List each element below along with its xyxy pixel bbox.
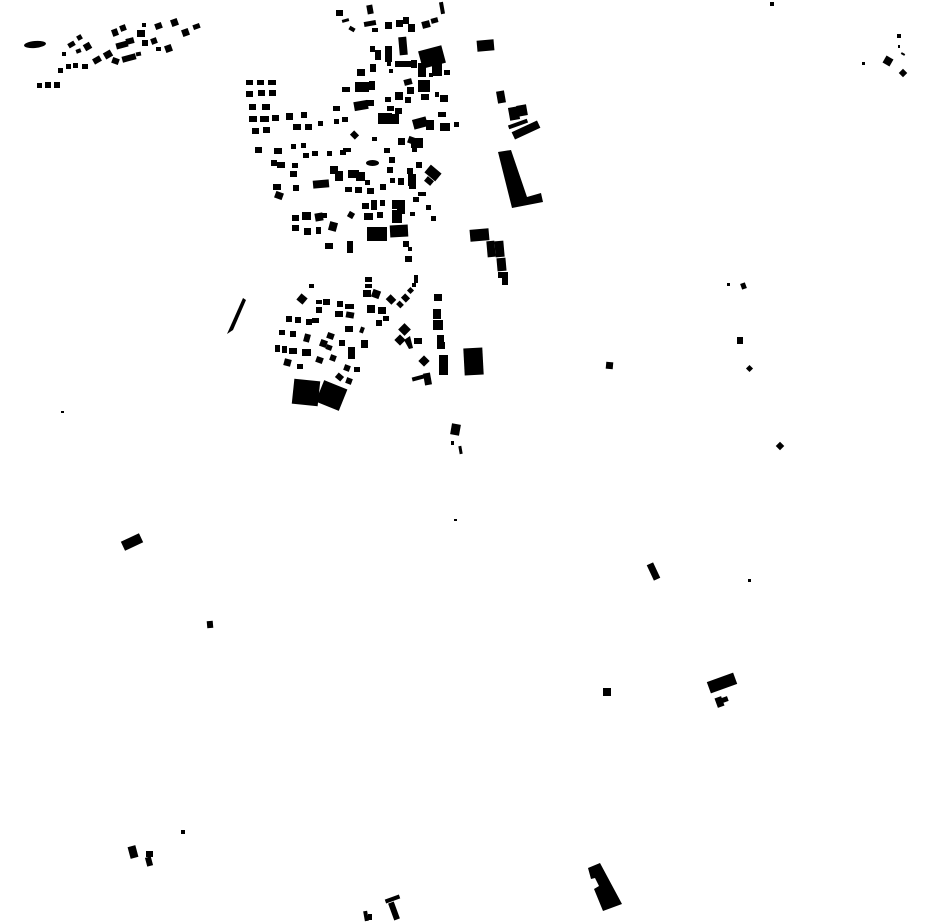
building-footprint xyxy=(302,349,311,356)
building-footprint xyxy=(348,353,355,359)
building-footprint xyxy=(748,579,751,582)
building-footprint xyxy=(137,30,145,37)
building-footprint xyxy=(292,163,298,168)
building-footprint xyxy=(897,34,901,38)
building-footprint xyxy=(316,300,322,304)
building-footprint xyxy=(397,200,405,214)
building-footprint xyxy=(431,216,436,221)
building-footprint xyxy=(398,138,405,145)
building-footprint xyxy=(398,37,408,56)
building-footprint xyxy=(292,225,299,231)
building-footprint xyxy=(342,117,348,122)
building-footprint xyxy=(268,80,276,85)
building-footprint xyxy=(345,187,352,192)
building-footprint xyxy=(411,138,423,148)
building-footprint xyxy=(407,87,414,94)
building-footprint xyxy=(246,80,253,85)
building-footprint xyxy=(257,80,264,85)
building-footprint xyxy=(246,91,253,97)
building-footprint xyxy=(335,171,343,181)
building-footprint xyxy=(322,213,327,218)
building-footprint xyxy=(146,851,153,857)
building-footprint xyxy=(375,50,381,60)
building-footprint xyxy=(361,340,368,348)
figure-ground-map xyxy=(0,0,930,924)
building-footprint xyxy=(343,148,351,152)
building-footprint xyxy=(366,160,379,166)
building-footprint xyxy=(450,423,461,435)
building-footprint xyxy=(369,81,375,90)
building-footprint xyxy=(603,688,611,696)
building-footprint xyxy=(304,228,311,235)
building-footprint xyxy=(370,64,376,72)
building-footprint xyxy=(61,411,64,413)
building-footprint xyxy=(387,167,393,173)
building-footprint xyxy=(494,241,504,258)
building-footprint xyxy=(398,178,404,185)
building-footprint xyxy=(408,24,415,32)
building-footprint xyxy=(292,215,299,221)
building-footprints-canvas xyxy=(0,0,930,924)
building-footprint xyxy=(502,277,508,285)
building-footprint xyxy=(421,94,429,100)
building-footprint xyxy=(433,320,443,330)
building-footprint xyxy=(414,338,422,344)
building-footprint xyxy=(339,340,345,346)
building-footprint xyxy=(249,116,257,122)
building-footprint xyxy=(282,346,287,353)
building-footprint xyxy=(323,299,330,305)
building-footprint xyxy=(289,348,297,354)
building-footprint xyxy=(438,112,446,117)
building-footprint xyxy=(486,241,495,258)
building-footprint xyxy=(337,301,343,307)
building-footprint xyxy=(249,104,256,110)
building-footprint xyxy=(136,52,142,57)
building-footprint xyxy=(286,316,292,322)
building-footprint xyxy=(437,342,445,349)
building-footprint xyxy=(286,113,293,120)
map-background xyxy=(0,0,930,924)
building-footprint xyxy=(362,203,369,209)
building-footprint xyxy=(429,73,433,77)
building-footprint xyxy=(432,62,442,76)
building-footprint xyxy=(437,335,444,342)
building-footprint xyxy=(260,116,269,122)
building-footprint xyxy=(363,290,371,297)
building-footprint xyxy=(292,379,320,407)
building-footprint xyxy=(378,113,392,124)
building-footprint xyxy=(409,184,416,189)
building-footprint xyxy=(477,39,495,51)
building-footprint xyxy=(66,64,71,69)
building-footprint xyxy=(313,179,330,188)
building-footprint xyxy=(411,60,417,68)
building-footprint xyxy=(356,172,365,181)
building-footprint xyxy=(73,63,78,68)
building-footprint xyxy=(336,10,343,16)
building-footprint xyxy=(412,283,416,287)
building-footprint xyxy=(312,151,318,156)
building-footprint xyxy=(273,184,281,190)
building-footprint xyxy=(390,178,395,183)
building-footprint xyxy=(275,345,280,352)
building-footprint xyxy=(516,104,528,117)
building-footprint xyxy=(418,192,426,196)
building-footprint xyxy=(279,330,285,335)
building-footprint xyxy=(365,180,370,185)
building-footprint xyxy=(348,347,355,353)
building-footprint xyxy=(355,187,362,193)
building-footprint xyxy=(364,213,373,220)
building-footprint xyxy=(385,22,392,29)
building-footprint xyxy=(463,348,483,376)
building-footprint xyxy=(470,228,490,242)
building-footprint xyxy=(378,307,386,314)
building-footprint xyxy=(727,283,730,286)
building-footprint xyxy=(274,148,282,154)
building-footprint xyxy=(395,92,403,100)
building-footprint xyxy=(405,97,411,103)
building-footprint xyxy=(347,241,353,253)
building-footprint xyxy=(377,212,383,218)
building-footprint xyxy=(387,106,394,111)
building-footprint xyxy=(440,123,450,131)
building-footprint xyxy=(297,364,303,369)
building-footprint xyxy=(272,115,279,121)
building-footprint xyxy=(301,143,306,148)
building-footprint xyxy=(367,305,375,313)
building-footprint xyxy=(181,830,185,834)
building-footprint xyxy=(301,112,307,118)
building-footprint xyxy=(408,247,412,251)
building-footprint xyxy=(295,317,301,323)
building-footprint xyxy=(290,171,297,177)
building-footprint xyxy=(395,108,402,114)
building-footprint xyxy=(391,114,399,124)
building-footprint xyxy=(255,147,262,153)
building-footprint xyxy=(405,256,412,262)
building-footprint xyxy=(277,162,285,168)
building-footprint xyxy=(384,148,390,153)
building-footprint xyxy=(309,284,314,288)
building-footprint xyxy=(58,68,63,73)
building-footprint xyxy=(770,2,774,6)
building-footprint xyxy=(451,441,454,445)
building-footprint xyxy=(439,355,448,375)
building-footprint xyxy=(365,284,372,288)
building-footprint xyxy=(407,168,413,174)
building-footprint xyxy=(606,362,614,370)
building-footprint xyxy=(434,294,442,301)
building-footprint xyxy=(290,331,296,337)
building-footprint xyxy=(418,63,426,77)
building-footprint xyxy=(370,46,375,52)
building-footprint xyxy=(376,320,382,326)
building-footprint xyxy=(142,40,148,46)
building-footprint xyxy=(396,20,403,27)
building-footprint xyxy=(367,188,374,194)
building-footprint xyxy=(385,46,392,62)
building-footprint xyxy=(342,87,350,92)
building-footprint xyxy=(142,23,146,27)
building-footprint xyxy=(403,17,409,24)
building-footprint xyxy=(325,243,333,249)
building-footprint xyxy=(414,275,418,283)
building-footprint xyxy=(345,304,354,309)
building-footprint xyxy=(303,153,309,158)
building-footprint xyxy=(371,200,377,210)
building-footprint xyxy=(318,121,323,126)
building-footprint xyxy=(293,124,301,130)
building-footprint xyxy=(312,318,319,323)
building-footprint xyxy=(737,337,743,344)
building-footprint xyxy=(435,92,439,97)
building-footprint xyxy=(380,200,385,206)
building-footprint xyxy=(258,90,265,96)
building-footprint xyxy=(372,137,377,141)
building-footprint xyxy=(389,69,393,73)
building-footprint xyxy=(37,83,42,88)
building-footprint xyxy=(413,197,419,202)
building-footprint xyxy=(385,97,391,102)
building-footprint xyxy=(426,120,434,130)
building-footprint xyxy=(389,157,395,163)
building-footprint xyxy=(45,82,51,88)
building-footprint xyxy=(252,128,259,134)
building-footprint xyxy=(62,52,66,56)
building-footprint xyxy=(271,160,277,166)
building-footprint xyxy=(335,311,343,317)
building-footprint xyxy=(262,104,270,110)
building-footprint xyxy=(355,82,369,92)
building-footprint xyxy=(387,62,391,66)
building-footprint xyxy=(316,307,322,313)
building-footprint xyxy=(327,151,332,156)
building-footprint xyxy=(368,914,372,920)
building-footprint xyxy=(334,119,339,124)
building-footprint xyxy=(403,241,409,247)
building-footprint xyxy=(357,69,365,76)
building-footprint xyxy=(293,185,299,191)
building-footprint xyxy=(862,62,865,65)
building-footprint xyxy=(54,82,60,88)
building-footprint xyxy=(496,258,506,272)
building-footprint xyxy=(380,184,386,190)
building-footprint xyxy=(263,127,270,133)
building-footprint xyxy=(305,124,312,130)
building-footprint xyxy=(269,90,276,96)
building-footprint xyxy=(367,227,387,241)
building-footprint xyxy=(156,47,161,51)
building-footprint xyxy=(410,212,415,216)
building-footprint xyxy=(354,367,360,372)
building-footprint xyxy=(390,225,409,238)
building-footprint xyxy=(898,45,900,48)
building-footprint xyxy=(383,316,389,321)
building-footprint xyxy=(440,95,448,102)
building-footprint xyxy=(444,70,450,75)
building-footprint xyxy=(306,319,312,325)
building-footprint xyxy=(82,64,88,69)
building-footprint xyxy=(416,162,422,168)
building-footprint xyxy=(372,28,378,32)
building-footprint xyxy=(418,80,430,92)
building-footprint xyxy=(207,621,214,628)
building-footprint xyxy=(302,212,311,220)
building-footprint xyxy=(333,106,340,111)
building-footprint xyxy=(345,326,353,332)
building-footprint xyxy=(316,227,321,234)
building-footprint xyxy=(433,309,441,319)
building-footprint xyxy=(365,277,372,282)
building-footprint xyxy=(426,205,431,210)
building-footprint xyxy=(291,144,296,149)
building-footprint xyxy=(395,61,412,67)
building-footprint xyxy=(366,100,374,106)
building-footprint xyxy=(454,519,457,521)
building-footprint xyxy=(454,122,459,127)
